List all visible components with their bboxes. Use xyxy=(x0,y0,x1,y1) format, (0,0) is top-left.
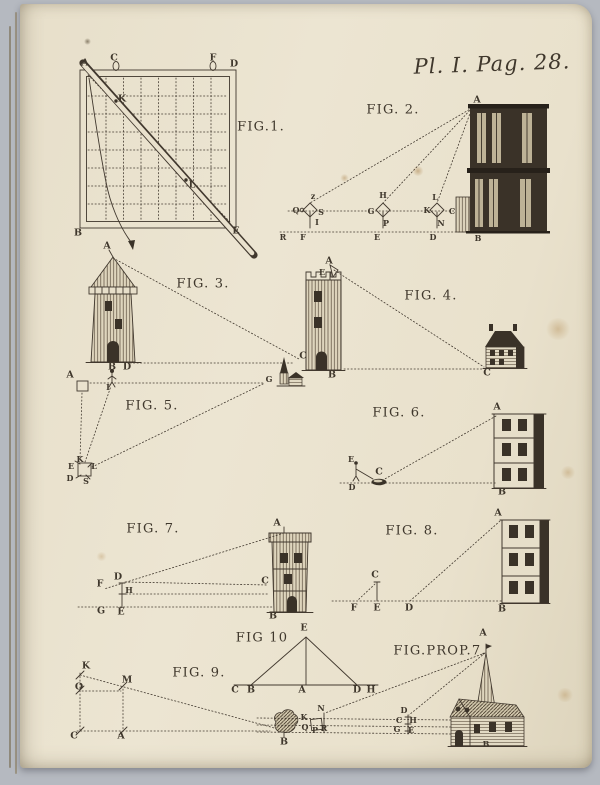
fig9-drawing xyxy=(76,671,298,737)
fig8-drawing xyxy=(332,520,550,604)
fig10-drawing xyxy=(234,637,378,685)
fig6-drawing xyxy=(340,414,546,489)
fig4-drawing xyxy=(302,265,527,371)
plate-linework xyxy=(0,0,600,785)
fig3-drawing xyxy=(86,250,305,386)
fig5-drawing xyxy=(75,369,265,479)
fig7-drawing xyxy=(78,527,313,613)
fig1-drawing xyxy=(80,62,254,256)
figprop7-drawing xyxy=(257,644,527,747)
scanned-plate: Pl. I. Pag. 28. FIG.1. ACFDBEKL FIG. 2. … xyxy=(0,0,600,785)
fig2-drawing xyxy=(280,104,550,234)
